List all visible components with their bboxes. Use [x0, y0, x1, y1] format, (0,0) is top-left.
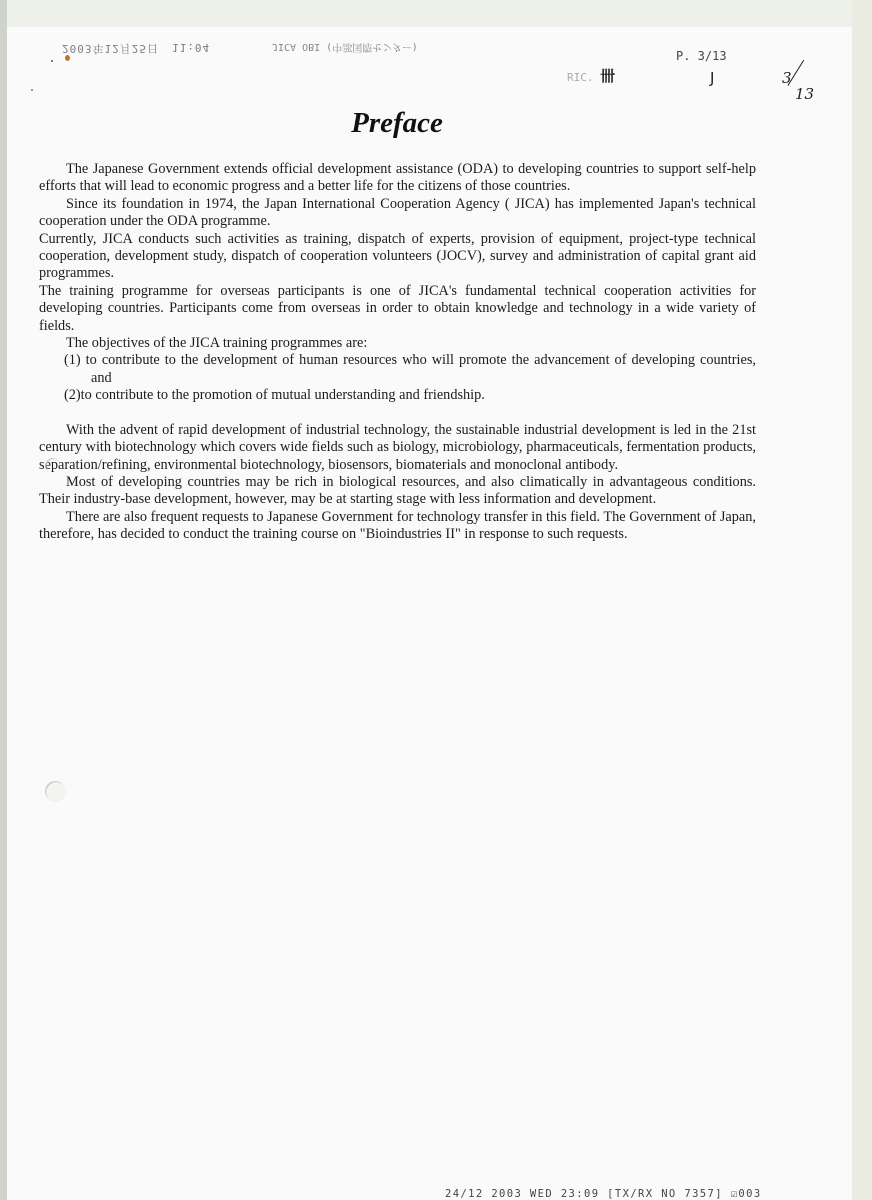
paragraph-oda: The Japanese Government extends official… — [39, 161, 756, 196]
handwritten-page-denominator: 13 — [795, 85, 814, 103]
scan-speck — [31, 89, 33, 91]
fax-transmission-footer: 24/12 2003 WED 23:09 [TX/RX NO 7357] ☑00… — [445, 1188, 762, 1200]
paragraph-objectives-intro: The objectives of the JICA training prog… — [39, 335, 756, 352]
fax-header-time: 11:04 — [172, 41, 210, 54]
preface-body: The Japanese Government extends official… — [39, 161, 756, 544]
objective-item-2: (2)to contribute to the promotion of mut… — [39, 387, 756, 404]
scan-background-top — [0, 0, 872, 27]
tally-mark-icon: 卌 — [600, 67, 615, 85]
handwritten-page-count: 3 13 — [782, 69, 822, 109]
scan-speck — [51, 60, 53, 62]
paragraph-gap — [39, 405, 756, 422]
paragraph-training-programme: The training programme for overseas part… — [39, 283, 756, 335]
page-title: Preface — [7, 107, 787, 140]
fax-page-number: P. 3/13 — [676, 49, 727, 63]
stamp-text: RIC. — [567, 71, 594, 84]
punch-hole — [45, 781, 66, 802]
punch-hole-mark — [45, 458, 61, 474]
paragraph-technology-transfer: There are also frequent requests to Japa… — [39, 509, 756, 544]
scan-background-right — [852, 0, 872, 1200]
fax-header-date: 2003年12月25日 — [62, 41, 159, 57]
document-page: 2003年12月25日 11:04 JICA OBI (中部国際センター) P.… — [7, 27, 852, 1200]
paragraph-biotechnology: With the advent of rapid development of … — [39, 422, 756, 474]
paragraph-jica-foundation: Since its foundation in 1974, the Japan … — [39, 196, 756, 231]
scan-background-left — [0, 0, 7, 1200]
fax-header-sender: JICA OBI (中部国際センター) — [272, 41, 418, 56]
objective-item-1: (1) to contribute to the development of … — [39, 352, 756, 387]
received-stamp: RIC. 卌 — [567, 65, 615, 86]
handwritten-initial: J — [710, 69, 714, 87]
scan-speck — [65, 55, 70, 61]
paragraph-developing-countries: Most of developing countries may be rich… — [39, 474, 756, 509]
paragraph-jica-activities: Currently, JICA conducts such activities… — [39, 231, 756, 283]
